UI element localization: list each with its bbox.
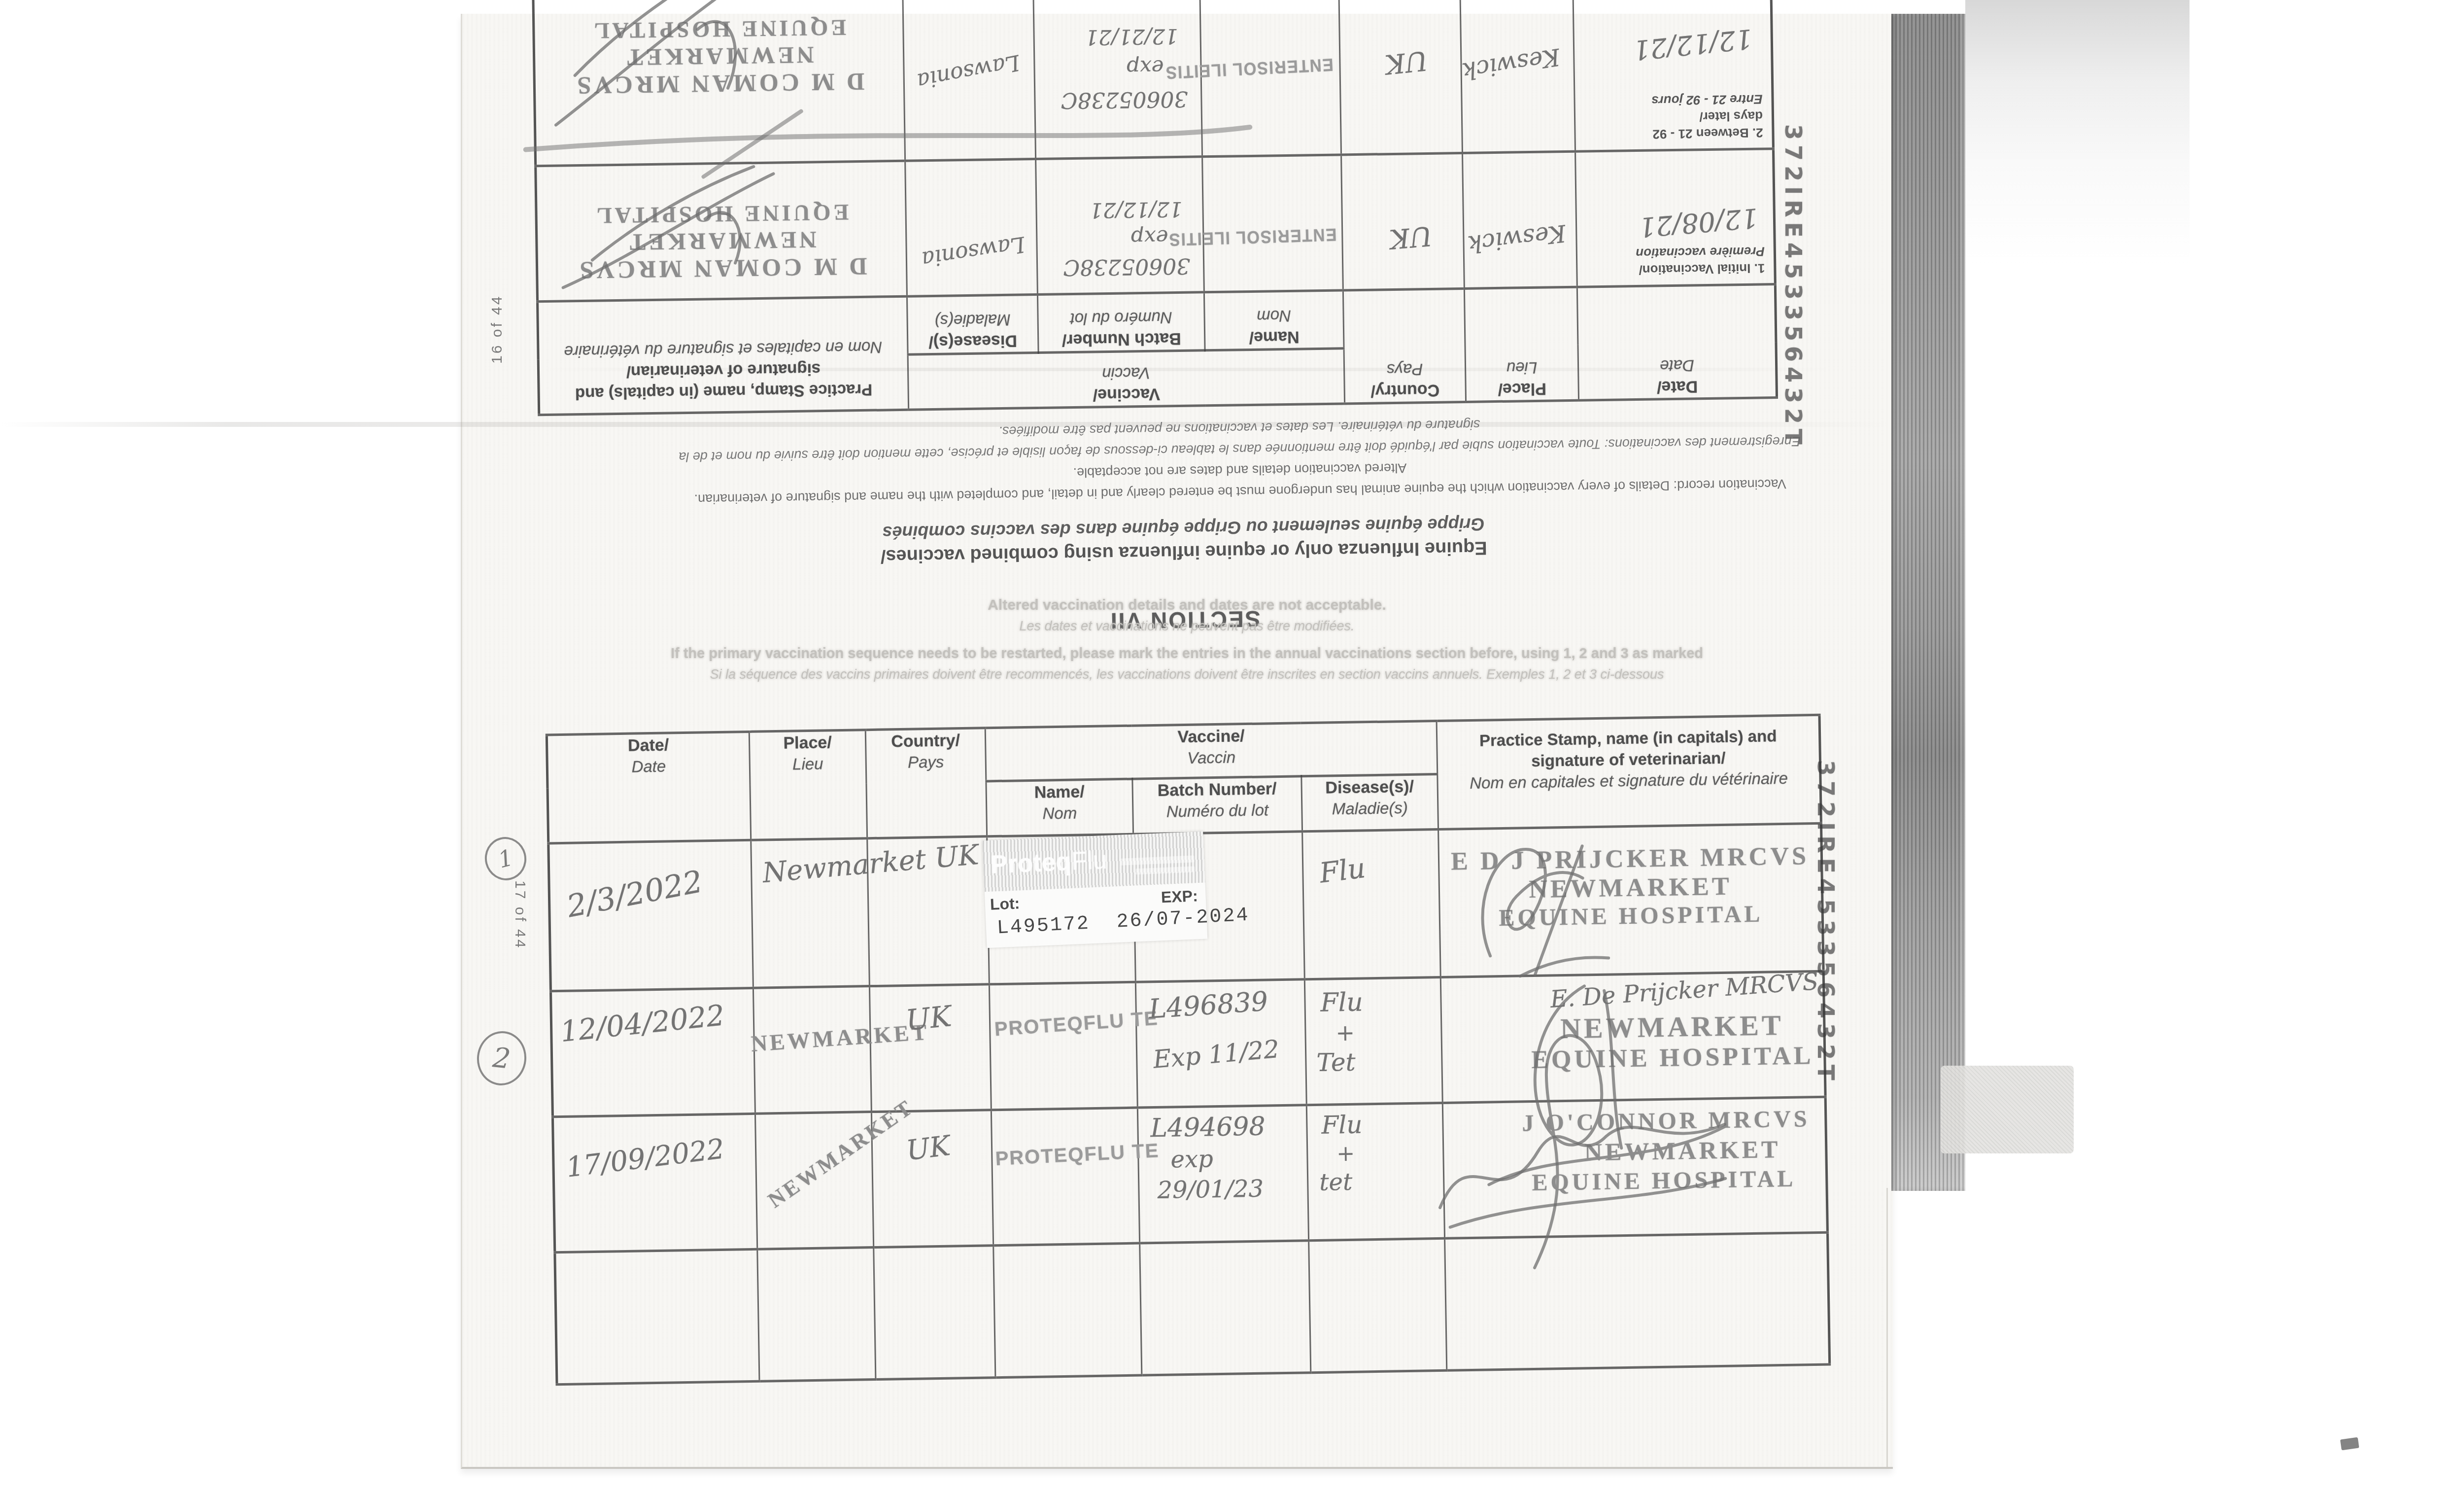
instructions-faint: Altered vaccination details and dates ar… <box>550 594 1823 685</box>
header-vaccine-name: Name/Nom <box>1204 290 1344 350</box>
place-cell <box>757 1248 876 1382</box>
page-number-16: 16 of 44 <box>489 245 506 364</box>
header-batch-number: Batch Number/Numéro du lot <box>1132 776 1302 834</box>
header-country: Country/Pays <box>865 728 987 838</box>
country-cell <box>874 1246 995 1380</box>
disease-cell <box>1309 1238 1447 1372</box>
scanner-binding-strip <box>1891 14 1965 1191</box>
table-row: 2/3/2022 Newmarket UK ProteqFlu Lot: EXP… <box>548 823 1823 991</box>
header-vaccine-name: Name/Nom <box>986 779 1133 836</box>
disease-cell: Lawsonia <box>901 0 1036 161</box>
stamp-cell: E. De Prijcker MRCVS NEWMARKET EQUINE HO… <box>1440 971 1825 1103</box>
header-place: Place/Lieu <box>749 730 867 840</box>
country-cell: UK <box>871 1110 993 1248</box>
stamp-cell: E D J PRIJCKER MRCVS NEWMARKET EQUINE HO… <box>1438 823 1824 977</box>
date-cell: 2. Between 21 - 92 days later/ Entre 21 … <box>1572 0 1774 151</box>
section-subtitle: Equine Influenza only or equine influenz… <box>540 509 1827 572</box>
stamp-cell <box>1445 1232 1830 1370</box>
instruction-line: Si la séquence des vaccins primaires doi… <box>550 664 1823 685</box>
batch-cell <box>1133 832 1305 982</box>
page-right-edge <box>1886 1188 1888 1467</box>
batch-cell: L494698 exp 29/01/23 <box>1137 1105 1308 1243</box>
batch-cell: 30605238C exp 12/12/21 <box>1036 157 1204 295</box>
place-cell: NEWMARKET <box>753 986 871 1114</box>
primary-vaccination-table: Date/Date Place/Lieu Country/Pays Vaccin… <box>530 0 1778 416</box>
country-cell: UK <box>1341 153 1465 290</box>
date-cell: 12/04/2022 <box>550 988 755 1116</box>
stamp-cell: D M COMAN MRCVS NEWMARKET EQUINE HOSPITA… <box>532 0 905 166</box>
page-number-17: 17 of 44 <box>512 880 528 984</box>
country-cell: UK <box>1337 0 1463 155</box>
table-row: 1. Initial Vaccination/ Première vaccina… <box>536 148 1776 301</box>
vaccine-name-cell: ProteqFlu Lot: EXP: L495172 26/07-2024 <box>987 834 1136 984</box>
place-cell: Newmarket UK <box>751 838 870 988</box>
stamp-cell: D M COMAN MRCVS NEWMARKET EQUINE HOSPITA… <box>536 161 907 301</box>
header-disease: Disease(s)/Maladie(s) <box>1301 774 1438 831</box>
disease-cell: Flu <box>1302 829 1441 979</box>
place-cell: NEWMARKET <box>755 1112 873 1250</box>
header-practice-stamp: Practice Stamp, name (in capitals) and s… <box>538 296 909 415</box>
lot-label: Lot: <box>990 894 1020 913</box>
scanner-noise-patch <box>1941 1066 2074 1153</box>
batch-cell <box>1140 1241 1311 1375</box>
country-cell: UK <box>869 984 991 1112</box>
stamp-cell: J O'CONNOR MRCVS NEWMARKET EQUINE HOSPIT… <box>1442 1097 1827 1238</box>
header-batch-number: Batch Number/Numéro du lot <box>1037 292 1205 353</box>
date-cell: 17/09/2022 <box>552 1113 757 1252</box>
vaccine-name-cell: ENTERISOL ILEITIS <box>1198 0 1341 157</box>
header-date: Date/Date <box>547 731 751 843</box>
header-place: Place/Lieu <box>1464 287 1578 402</box>
handwritten-date: 12/12/21 <box>1572 22 1773 102</box>
table-row: 12/04/2022 NEWMARKET UK PROTEQFLU TE L49… <box>550 971 1825 1117</box>
handwritten-place-country: Newmarket UK <box>750 835 868 890</box>
disease-cell: Flu + tet <box>1306 1103 1444 1240</box>
document-scan: SECTION VII Equine Influenza only or equ… <box>0 0 2464 1496</box>
table-row: 2. Between 21 - 92 days later/ Entre 21 … <box>532 0 1774 166</box>
place-cell: Keswick <box>1459 0 1575 153</box>
disease-cell: Lawsonia <box>905 159 1038 296</box>
date-cell <box>555 1249 759 1384</box>
header-vaccine-group: Vaccine/Vaccin <box>985 721 1437 781</box>
header-disease: Disease(s)/Maladie(s) <box>907 294 1038 354</box>
header-vaccine-group: Vaccine/Vaccin <box>908 348 1345 410</box>
batch-cell: 30605238C exp 12/21/21 <box>1032 0 1202 159</box>
table-row-empty <box>555 1232 1830 1385</box>
disease-cell: Flu + Tet <box>1304 977 1442 1105</box>
vaccine-name-cell: PROTEQFLU TE <box>991 1108 1139 1246</box>
instruction-line: If the primary vaccination sequence need… <box>550 643 1823 665</box>
vaccine-name-cell <box>993 1243 1142 1378</box>
vaccine-name-cell: PROTEQFLU TE <box>989 982 1137 1110</box>
scanner-speck <box>2340 1437 2360 1451</box>
instruction-line: Les dates et vaccinations ne peuvent pas… <box>550 616 1823 636</box>
vaccination-record-notes: Vaccination record: Details of every vac… <box>663 409 1817 510</box>
scanner-edge-shadow <box>1965 0 2190 266</box>
header-date: Date/Date <box>1577 284 1777 400</box>
instruction-line: Altered vaccination details and dates ar… <box>550 594 1823 616</box>
header-country: Country/Pays <box>1343 288 1466 403</box>
batch-cell: L496839 Exp 11/22 <box>1135 979 1306 1108</box>
table-row: 17/09/2022 NEWMARKET UK PROTEQFLU TE L49… <box>552 1097 1827 1252</box>
annual-vaccination-table: Date/Date Place/Lieu Country/Pays Vaccin… <box>546 714 1831 1386</box>
document-id-top: 372IRE453356432T <box>1780 124 1807 390</box>
country-cell <box>867 836 990 986</box>
date-cell: 2/3/2022 <box>548 840 753 991</box>
header-practice-stamp: Practice Stamp, name (in capitals) and s… <box>1437 715 1821 829</box>
vaccine-name-cell: ENTERISOL ILEITIS <box>1202 155 1343 292</box>
place-cell: Keswick <box>1463 151 1577 288</box>
date-cell: 1. Initial Vaccination/ Première vaccina… <box>1575 148 1776 287</box>
page-16-upside-down: SECTION VII Equine Influenza only or equ… <box>531 0 1829 664</box>
